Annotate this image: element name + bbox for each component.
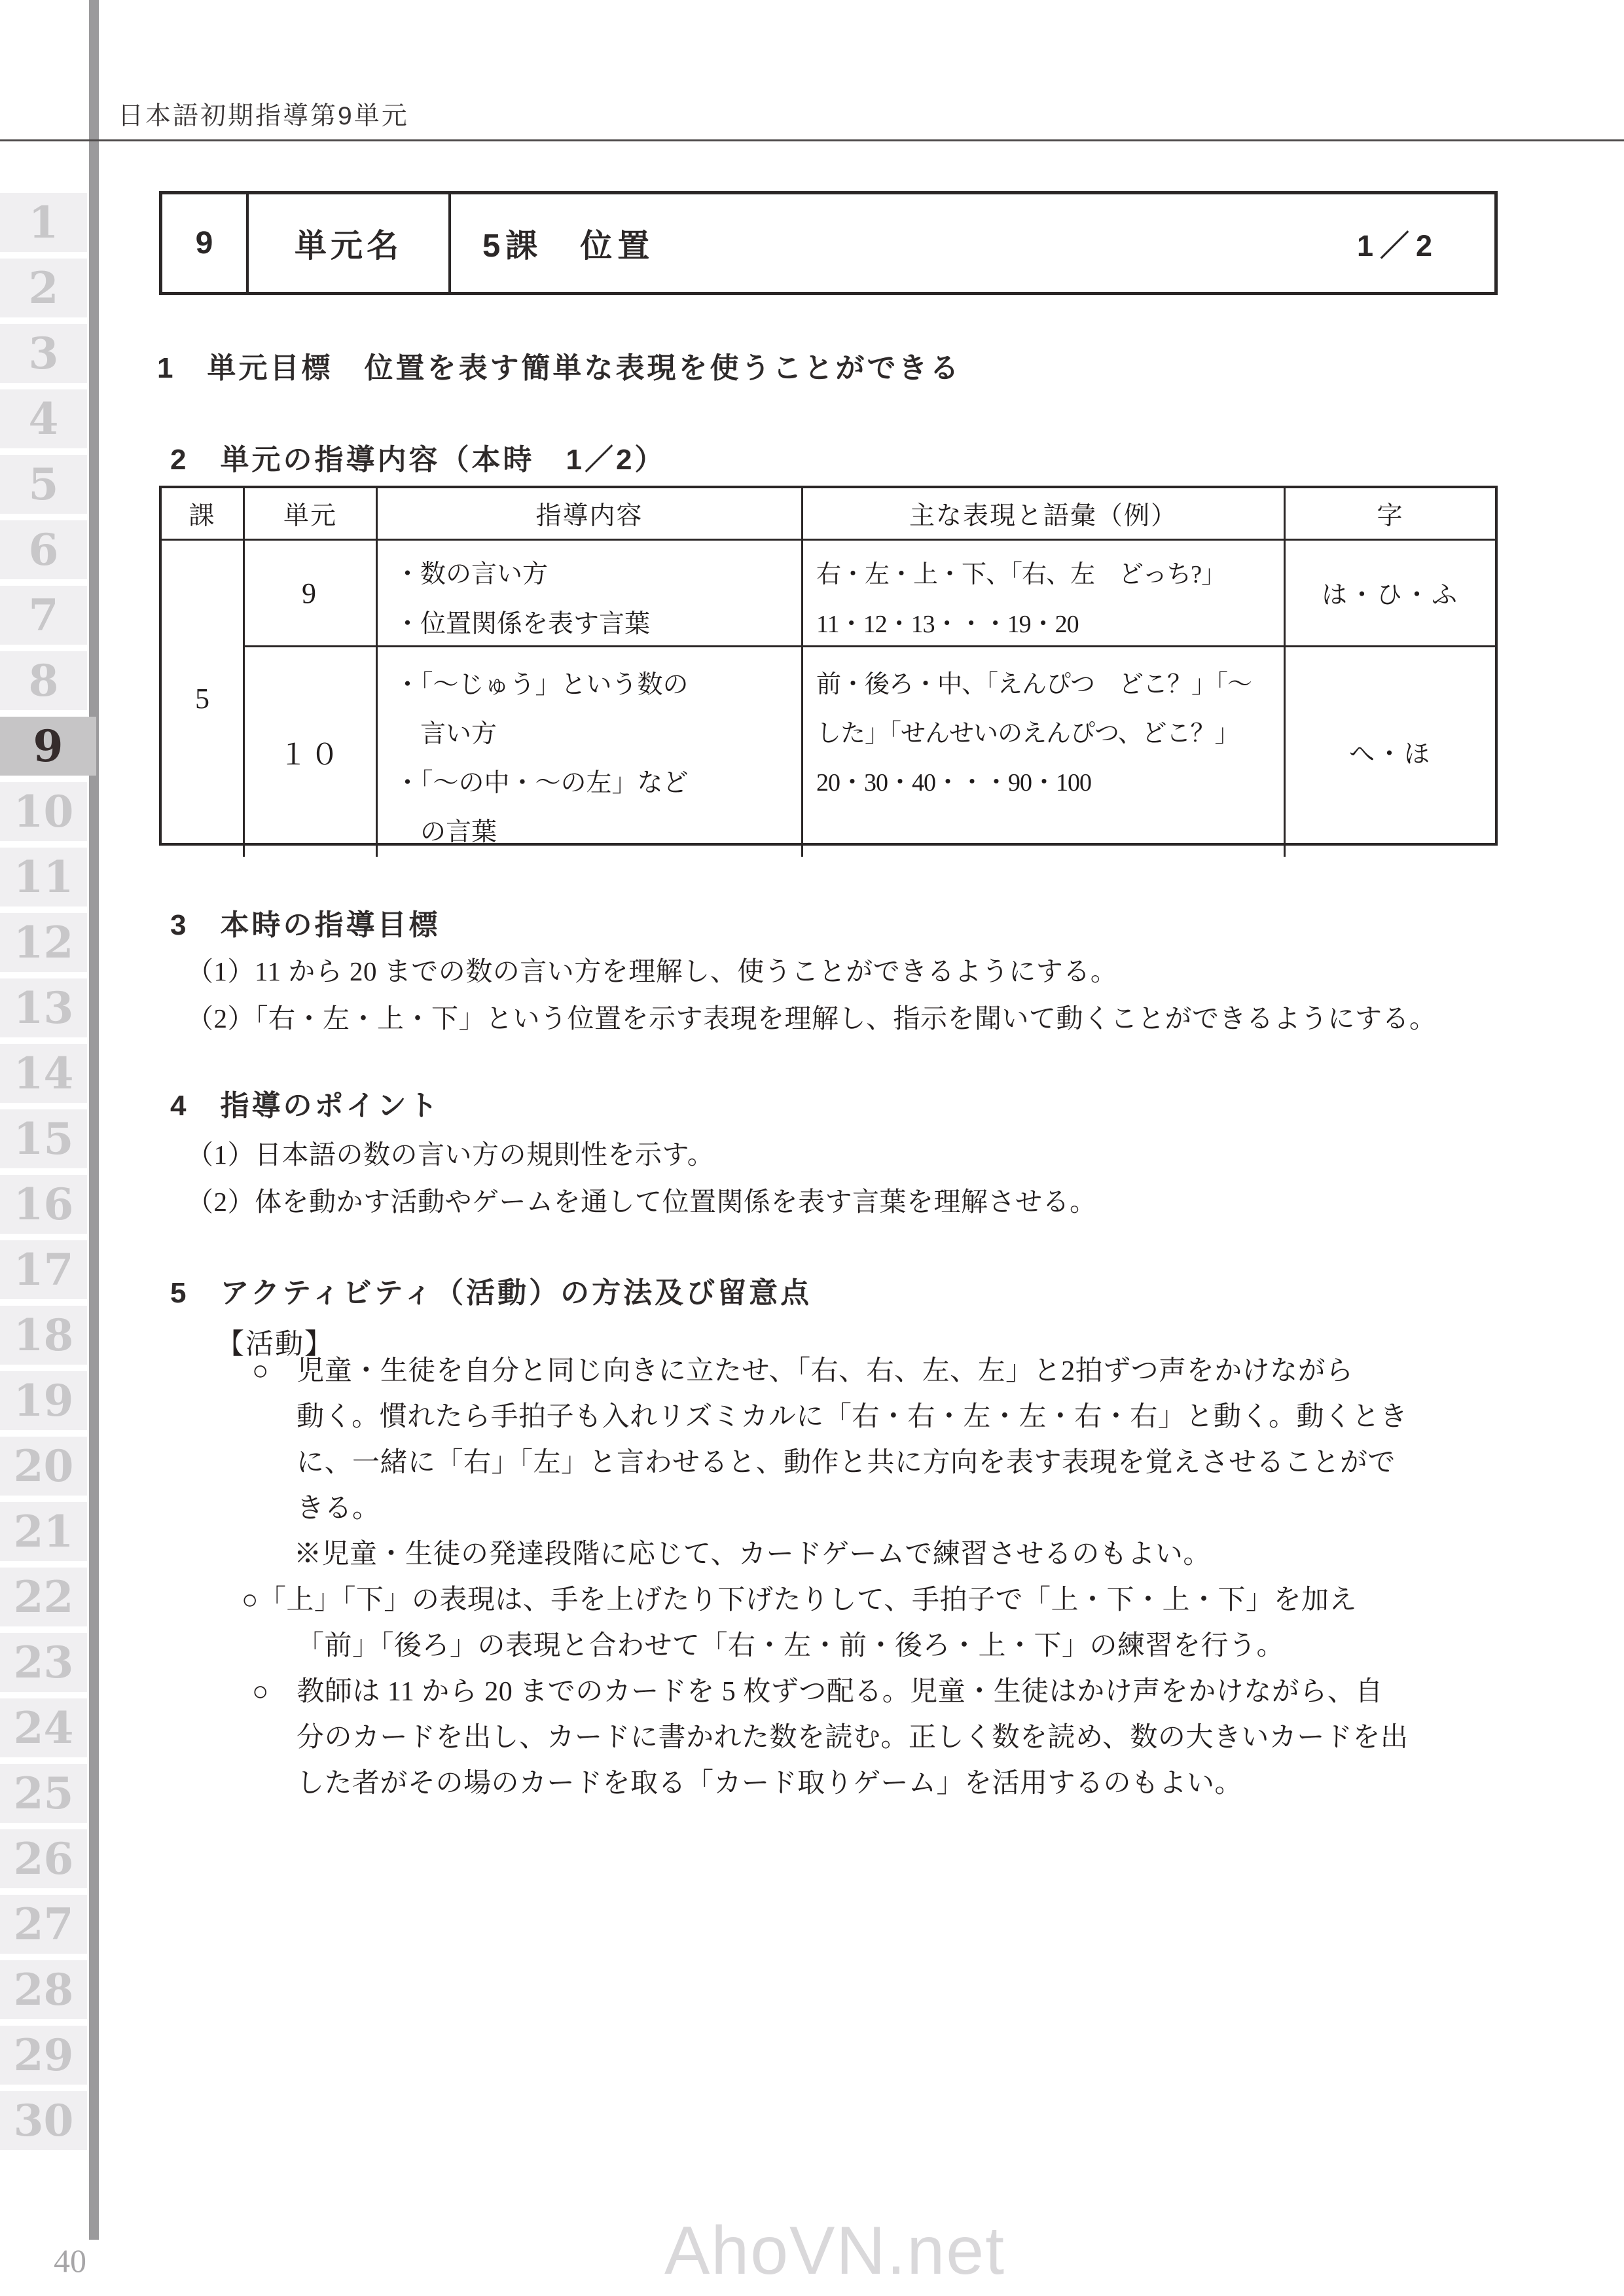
point-item: （1）日本語の数の言い方の規則性を示す。 — [187, 1131, 1097, 1178]
sidebar-tab-24: 24 — [0, 1698, 87, 1757]
col-header-lesson: 課 — [162, 488, 245, 541]
activity-line: 「前」「後ろ」の表現と合わせて「右・左・前・後ろ・上・下」の練習を行う。 — [297, 1623, 1568, 1669]
sidebar-tab-20: 20 — [0, 1437, 87, 1496]
unit-cell-10: １０ — [245, 647, 378, 857]
activity-note-line: ※児童・生徒の発達段階に応じて、カードゲームで練習させるのもよい。 — [294, 1532, 1568, 1577]
doc-header: 日本語初期指導第9単元 — [118, 96, 409, 132]
sidebar-tab-21: 21 — [0, 1502, 87, 1561]
unit-name-label: 単元名 — [249, 194, 451, 292]
sidebar-tab-4: 4 — [0, 389, 87, 448]
sidebar-tab-1: 1 — [0, 193, 87, 252]
content-cell-9: ・数の言い方 ・位置関係を表す言葉 — [378, 541, 803, 647]
content-line: ・「〜の中・〜の左」など — [395, 759, 801, 808]
goal-item: （2）「右・左・上・下」という位置を示す表現を理解し、指示を聞いて動くことができ… — [187, 995, 1437, 1042]
expression-line: 11・12・13・・・19・20 — [816, 600, 1284, 649]
expression-line: 前・後ろ・中、「えんぴつ どこ？」「〜 — [816, 660, 1284, 709]
page-indicator: 1／2 — [1357, 222, 1494, 264]
sidebar-tab-8: 8 — [0, 651, 87, 710]
unit-table: 課 単元 指導内容 主な表現と語彙（例） 字 5 9 ・数の言い方 ・位置関係を… — [159, 486, 1498, 846]
sidebar-tab-13: 13 — [0, 978, 87, 1037]
section4-items: （1）日本語の数の言い方の規則性を示す。 （2）体を動かす活動やゲームを通して位… — [187, 1131, 1097, 1225]
activity-lines: ○ 児童・生徒を自分と同じ向きに立たせ、「右、右、左、左」と2拍ずつ声をかけなが… — [252, 1348, 1568, 1806]
col-header-unit: 単元 — [245, 488, 378, 541]
sidebar-tab-7: 7 — [0, 586, 87, 645]
page-number: 40 — [54, 2242, 86, 2280]
expression-line: 右・左・上・下、「右、左 どっち?」 — [816, 550, 1284, 600]
document-page: 1234567891011121314151617181920212223242… — [0, 0, 1624, 2296]
sidebar-tab-23: 23 — [0, 1633, 87, 1692]
sidebar-tab-9: 9 — [0, 717, 96, 776]
sidebar-tab-10: 10 — [0, 782, 87, 841]
sidebar-tab-16: 16 — [0, 1175, 87, 1234]
point-item: （2）体を動かす活動やゲームを通して位置関係を表す言葉を理解させる。 — [187, 1178, 1097, 1225]
watermark: AhoVN.net — [664, 2212, 1005, 2290]
col-header-content: 指導内容 — [378, 488, 803, 541]
sidebar-tab-29: 29 — [0, 2026, 87, 2085]
col-header-expressions: 主な表現と語彙（例） — [803, 488, 1286, 541]
content-line: ・「〜じゅう」という数の — [395, 660, 801, 709]
activity-line: ○「上」「下」の表現は、手を上げたり下げたりして、手拍子で「上・下・上・下」を加… — [242, 1577, 1568, 1623]
expressions-cell-9: 右・左・上・下、「右、左 どっち?」 11・12・13・・・19・20 — [803, 541, 1286, 647]
sidebar-unit-tabs: 1234567891011121314151617181920212223242… — [0, 193, 87, 2150]
activity-line: ○ 児童・生徒を自分と同じ向きに立たせ、「右、右、左、左」と2拍ずつ声をかけなが… — [252, 1348, 1568, 1394]
sidebar-strip — [89, 0, 99, 2240]
activity-line: した者がその場のカードを取る「カード取りゲーム」を活用するのもよい。 — [297, 1761, 1568, 1806]
section1-heading: 1 単元目標 位置を表す簡単な表現を使うことができる — [157, 354, 961, 383]
sidebar-tab-27: 27 — [0, 1895, 87, 1954]
activity-line: 分のカードを出し、カードに書かれた数を読む。正しく数を読め、数の大きいカードを出 — [297, 1715, 1568, 1761]
unit-cell-9: 9 — [245, 541, 378, 647]
expression-line: した」「せんせいのえんぴつ、どこ？」 — [816, 709, 1284, 759]
section3-heading: 3 本時の指導目標 — [170, 911, 440, 940]
col-header-characters: 字 — [1286, 488, 1495, 541]
sidebar-tab-30: 30 — [0, 2091, 87, 2150]
section4-heading: 4 指導のポイント — [170, 1092, 440, 1121]
section5-heading: 5 アクティビティ（活動）の方法及び留意点 — [170, 1279, 812, 1308]
sidebar-tab-5: 5 — [0, 455, 87, 514]
sidebar-tab-19: 19 — [0, 1371, 87, 1430]
characters-cell-10: へ・ほ — [1286, 647, 1495, 857]
activity-line: に、一緒に「右」「左」と言わせると、動作と共に方向を表す表現を覚えさせることがで — [297, 1440, 1568, 1486]
content-line: の言葉 — [395, 808, 801, 857]
section2-heading: 2 単元の指導内容（本時 1／2） — [170, 446, 666, 475]
sidebar-tab-11: 11 — [0, 848, 87, 906]
sidebar-tab-15: 15 — [0, 1109, 87, 1168]
sidebar-tab-25: 25 — [0, 1764, 87, 1823]
characters-cell-9: は・ひ・ふ — [1286, 541, 1495, 647]
content-cell-10: ・「〜じゅう」という数の 言い方 ・「〜の中・〜の左」など の言葉 — [378, 647, 803, 857]
sidebar-tab-3: 3 — [0, 324, 87, 383]
expression-line: 20・30・40・・・90・100 — [816, 759, 1284, 808]
lesson-number-cell: 5 — [162, 541, 245, 857]
content-line: ・数の言い方 — [395, 550, 801, 600]
sidebar-tab-22: 22 — [0, 1568, 87, 1626]
sidebar-tab-12: 12 — [0, 913, 87, 972]
unit-title-box: 9 単元名 5課 位置 1／2 — [159, 191, 1498, 295]
sidebar-tab-18: 18 — [0, 1306, 87, 1365]
unit-number: 9 — [162, 194, 249, 292]
content-line: 言い方 — [395, 709, 801, 759]
activity-line: ○ 教師は 11 から 20 までのカードを 5 枚ずつ配る。児童・生徒はかけ声… — [252, 1669, 1568, 1715]
sidebar-tab-26: 26 — [0, 1829, 87, 1888]
unit-title-cell: 5課 位置 1／2 — [451, 194, 1494, 292]
activity-line: きる。 — [297, 1486, 1568, 1532]
header-rule — [0, 139, 1624, 141]
lesson-title: 5課 位置 — [482, 221, 655, 266]
sidebar-tab-14: 14 — [0, 1044, 87, 1103]
section3-items: （1）11 から 20 までの数の言い方を理解し、使うことができるようにする。 … — [187, 948, 1437, 1042]
activity-line: 動く。慣れたら手拍子も入れリズミカルに「右・右・左・左・右・右」と動く。動くとき — [297, 1394, 1568, 1440]
sidebar-tab-28: 28 — [0, 1960, 87, 2019]
expressions-cell-10: 前・後ろ・中、「えんぴつ どこ？」「〜 した」「せんせいのえんぴつ、どこ？」 2… — [803, 647, 1286, 857]
sidebar-tab-17: 17 — [0, 1240, 87, 1299]
content-line: ・位置関係を表す言葉 — [395, 600, 801, 649]
goal-item: （1）11 から 20 までの数の言い方を理解し、使うことができるようにする。 — [187, 948, 1437, 995]
sidebar-tab-2: 2 — [0, 259, 87, 317]
sidebar-tab-6: 6 — [0, 520, 87, 579]
